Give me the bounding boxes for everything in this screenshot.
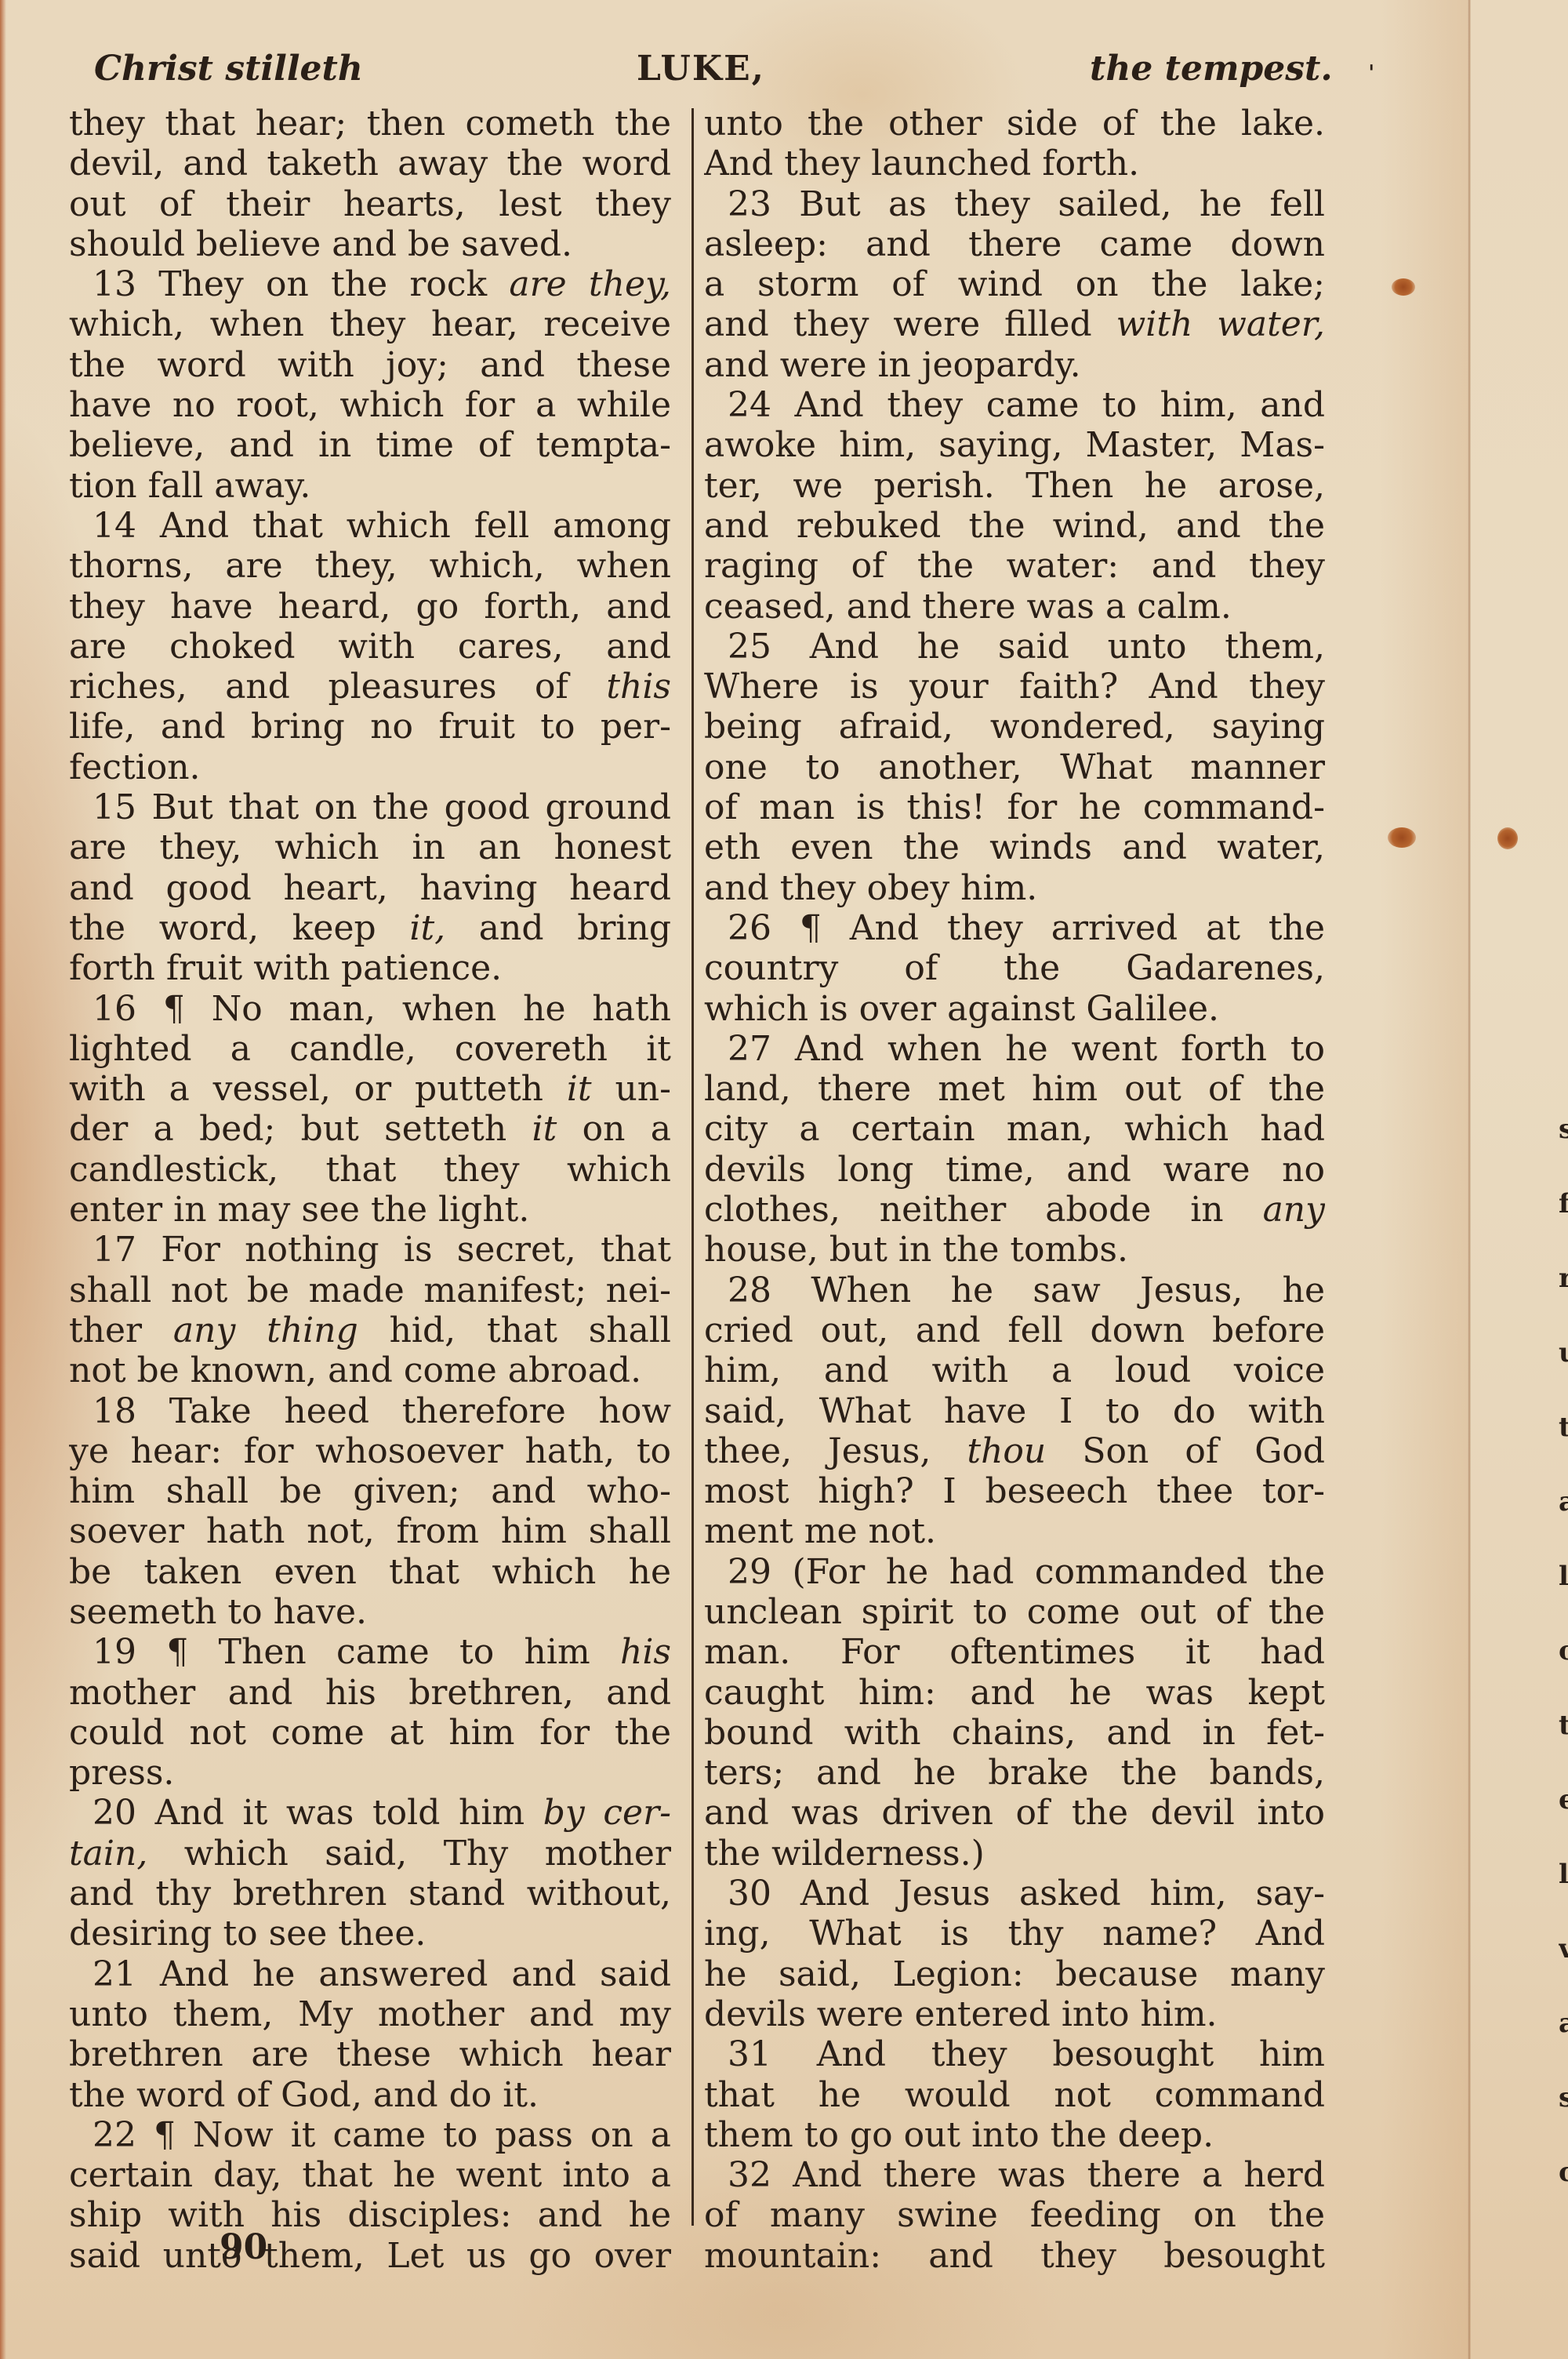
line-text: with a vessel, or putteth: [69, 1069, 567, 1109]
line-text: shall not be made manifest; nei-: [69, 1270, 671, 1310]
text-line: mountain: and they besought: [704, 2236, 1325, 2276]
line-text: said, What have I to do with: [704, 1391, 1325, 1431]
text-line: 16 ¶ No man, when he hath: [69, 989, 671, 1029]
text-line: the word, keep it, and bring: [69, 908, 671, 948]
text-line: with a vessel, or putteth it un-: [69, 1069, 671, 1109]
text-line: ment me not.: [704, 1511, 1325, 1551]
line-text: life, and bring no fruit to per-: [69, 707, 671, 747]
line-text: ing, What is thy name? And: [704, 1914, 1325, 1954]
text-line: ceased, and there was a calm.: [704, 587, 1325, 627]
line-text: man. For oftentimes it had: [704, 1632, 1325, 1672]
text-line: lighted a candle, covereth it: [69, 1029, 671, 1069]
text-line: enter in may see the light.: [69, 1190, 671, 1230]
line-text: land, there met him out of the: [704, 1069, 1325, 1109]
italic-word: any thing: [173, 1310, 358, 1350]
text-line: life, and bring no fruit to per-: [69, 707, 671, 747]
text-line: and they were filled with water,: [704, 304, 1325, 344]
text-line: and were in jeopardy.: [704, 345, 1325, 385]
text-line: der a bed; but setteth it on a: [69, 1109, 671, 1149]
line-text: 24 And they came to him, and: [728, 385, 1325, 425]
line-text-tail: on a: [557, 1109, 671, 1149]
facing-page-letter-fragment: s: [1559, 2082, 1568, 2114]
line-text: 19 ¶ Then came to him: [93, 1632, 620, 1672]
text-line: 26 ¶ And they arrived at the: [704, 908, 1325, 948]
line-text: forth fruit with patience.: [69, 948, 502, 988]
line-text: caught him: and he was kept: [704, 1673, 1325, 1713]
facing-page-letter-fragment: l: [1559, 1859, 1568, 1890]
line-text: 18 Take heed therefore how: [93, 1391, 671, 1431]
line-text: the word, keep: [69, 908, 409, 948]
text-line: 17 For nothing is secret, that: [69, 1230, 671, 1270]
line-text: and were in jeopardy.: [704, 345, 1081, 385]
running-head-right: the tempest.: [1090, 49, 1333, 89]
facing-page-letter-fragment: r: [1559, 1263, 1568, 1294]
text-line: land, there met him out of the: [704, 1069, 1325, 1109]
line-text: 28 When he saw Jesus, he: [728, 1270, 1325, 1310]
text-line: ter, we perish. Then he arose,: [704, 466, 1325, 506]
facing-page-letter-fragment: t: [1559, 1412, 1568, 1443]
facing-page-letter-fragment: l: [1559, 1561, 1568, 1592]
text-line: be taken even that which he: [69, 1552, 671, 1592]
text-line: thorns, are they, which, when: [69, 546, 671, 586]
line-text: they have heard, go forth, and: [69, 587, 671, 627]
facing-page-letter-fragment: t: [1559, 1710, 1568, 1741]
line-text: brethren are these which hear: [69, 2034, 671, 2074]
text-line: him, and with a loud voice: [704, 1350, 1325, 1390]
line-text: and good heart, having heard: [69, 868, 671, 908]
right-text-column: unto the other side of the lake.And they…: [704, 104, 1325, 2276]
text-line: 13 They on the rock are they,: [69, 264, 671, 304]
text-line: unclean spirit to come out of the: [704, 1592, 1325, 1632]
running-head: Christ stilleth LUKE, the tempest. ˌ: [0, 49, 1380, 104]
line-text: 22 ¶ Now it came to pass on a: [93, 2115, 671, 2155]
italic-word: with water,: [1116, 304, 1325, 344]
line-text: soever hath not, from him shall: [69, 1511, 671, 1551]
line-text: unto the other side of the lake.: [704, 104, 1325, 144]
line-text: eth even the winds and water,: [704, 827, 1325, 867]
facing-page-letter-fragment: a: [1559, 2008, 1568, 2039]
text-line: devil, and taketh away the word: [69, 144, 671, 184]
text-line: desiring to see thee.: [69, 1914, 671, 1954]
text-line: he said, Legion: because many: [704, 1954, 1325, 1994]
italic-word: any: [1263, 1190, 1325, 1230]
text-line: tion fall away.: [69, 466, 671, 506]
line-text: which is over against Galilee.: [704, 989, 1219, 1029]
line-text: him shall be given; and who-: [69, 1471, 671, 1511]
text-line: forth fruit with patience.: [69, 948, 671, 988]
text-line: 31 And they besought him: [704, 2034, 1325, 2074]
line-text: 16 ¶ No man, when he hath: [93, 989, 671, 1029]
line-text: the word with joy; and these: [69, 345, 671, 385]
line-text: him, and with a loud voice: [704, 1350, 1325, 1390]
text-line: 27 And when he went forth to: [704, 1029, 1325, 1069]
text-line: cried out, and fell down before: [704, 1310, 1325, 1350]
line-text: said unto them, Let us go over: [69, 2236, 671, 2276]
line-text: house, but in the tombs.: [704, 1230, 1128, 1270]
rust-spot: [1388, 827, 1416, 848]
text-line: certain day, that he went into a: [69, 2155, 671, 2195]
running-head-left: Christ stilleth: [94, 49, 363, 89]
text-line: the word with joy; and these: [69, 345, 671, 385]
line-text: the word of God, and do it.: [69, 2075, 539, 2115]
text-line: have no root, which for a while: [69, 385, 671, 425]
text-line: of man is this! for he command-: [704, 787, 1325, 827]
line-text: which, when they hear, receive: [69, 304, 671, 344]
line-text: 14 And that which fell among: [93, 506, 671, 546]
text-line: 19 ¶ Then came to him his: [69, 1632, 671, 1672]
text-line: thee, Jesus, thou Son of God: [704, 1431, 1325, 1471]
text-line: they have heard, go forth, and: [69, 587, 671, 627]
text-line: of many swine feeding on the: [704, 2195, 1325, 2235]
fold-shadow: [1380, 0, 1468, 2359]
line-text: they that hear; then cometh the: [69, 104, 671, 144]
line-text: desiring to see thee.: [69, 1914, 426, 1954]
margin-mark: ˌ: [1368, 47, 1374, 75]
line-text: are they, which in an honest: [69, 827, 671, 867]
line-text: devils were entered into him.: [704, 1994, 1218, 2034]
line-text: them to go out into the deep.: [704, 2115, 1214, 2155]
text-line: devils long time, and ware no: [704, 1150, 1325, 1190]
line-text: have no root, which for a while: [69, 385, 671, 425]
text-line: city a certain man, which had: [704, 1109, 1325, 1149]
line-text: of many swine feeding on the: [704, 2195, 1325, 2235]
line-text: the wilderness.): [704, 1834, 985, 1874]
line-text: awoke him, saying, Master, Mas-: [704, 425, 1325, 465]
line-text: most high? I beseech thee tor-: [704, 1471, 1325, 1511]
line-text: and thy brethren stand without,: [69, 1874, 671, 1914]
line-text: thee, Jesus,: [704, 1431, 967, 1471]
line-text: 25 And he said unto them,: [728, 627, 1325, 667]
text-line: unto them, My mother and my: [69, 1994, 671, 2034]
facing-page-edge: sfrutalotelvasc: [1559, 0, 1568, 2359]
text-line: said, What have I to do with: [704, 1391, 1325, 1431]
text-line: are they, which in an honest: [69, 827, 671, 867]
left-edge-stain: [0, 0, 6, 2359]
text-line: bound with chains, and in fet-: [704, 1713, 1325, 1753]
line-text: and they were filled: [704, 304, 1116, 344]
rust-spot: [1392, 278, 1415, 296]
italic-word: this: [606, 667, 671, 707]
left-text-column: they that hear; then cometh thedevil, an…: [69, 104, 671, 2276]
line-text: ters; and he brake the bands,: [704, 1753, 1325, 1793]
italic-word: by cer-: [543, 1793, 671, 1833]
italic-word: tain,: [69, 1834, 147, 1874]
text-line: 20 And it was told him by cer-: [69, 1793, 671, 1833]
line-text: a storm of wind on the lake;: [704, 264, 1325, 304]
text-line: him shall be given; and who-: [69, 1471, 671, 1511]
text-line: fection.: [69, 747, 671, 787]
text-line: eth even the winds and water,: [704, 827, 1325, 867]
text-line: and rebuked the wind, and the: [704, 506, 1325, 546]
text-line: 24 And they came to him, and: [704, 385, 1325, 425]
line-text-tail: Son of God: [1046, 1431, 1325, 1471]
line-text: believe, and in time of tempta-: [69, 425, 671, 465]
text-line: and thy brethren stand without,: [69, 1874, 671, 1914]
line-text: unclean spirit to come out of the: [704, 1592, 1325, 1632]
line-text: devil, and taketh away the word: [69, 144, 671, 184]
italic-word: it: [567, 1069, 592, 1109]
line-text: ter, we perish. Then he arose,: [704, 466, 1325, 506]
italic-word: thou: [967, 1431, 1046, 1471]
line-text: ther: [69, 1310, 173, 1350]
line-text: 30 And Jesus asked him, say-: [728, 1874, 1325, 1914]
text-line: 32 And there was there a herd: [704, 2155, 1325, 2195]
line-text: enter in may see the light.: [69, 1190, 529, 1230]
line-text: and rebuked the wind, and the: [704, 506, 1325, 546]
text-line: and was driven of the devil into: [704, 1793, 1325, 1833]
facing-page-letter-fragment: s: [1559, 1114, 1568, 1145]
line-text: 15 But that on the good ground: [93, 787, 671, 827]
text-line: most high? I beseech thee tor-: [704, 1471, 1325, 1511]
line-text: 31 And they besought him: [728, 2034, 1325, 2074]
facing-page-letter-fragment: v: [1559, 1933, 1568, 1965]
text-line: 30 And Jesus asked him, say-: [704, 1874, 1325, 1914]
text-line: a storm of wind on the lake;: [704, 264, 1325, 304]
text-line: not be known, and come abroad.: [69, 1350, 671, 1390]
line-text: certain day, that he went into a: [69, 2155, 671, 2195]
line-text: and was driven of the devil into: [704, 1793, 1325, 1833]
line-text: devils long time, and ware no: [704, 1150, 1325, 1190]
text-line: country of the Gadarenes,: [704, 948, 1325, 988]
line-text: 21 And he answered and said: [93, 1954, 671, 1994]
text-line: Where is your faith? And they: [704, 667, 1325, 707]
line-text: candlestick, that they which: [69, 1150, 671, 1190]
text-line: And they launched forth.: [704, 144, 1325, 184]
text-line: 14 And that which fell among: [69, 506, 671, 546]
text-line: man. For oftentimes it had: [704, 1632, 1325, 1672]
text-line: that he would not command: [704, 2075, 1325, 2115]
line-text: Where is your faith? And they: [704, 667, 1325, 707]
line-text: riches, and pleasures of: [69, 667, 606, 707]
italic-word: it,: [409, 908, 445, 948]
line-text: tion fall away.: [69, 466, 310, 506]
line-text: ye hear: for whosoever hath, to: [69, 1431, 671, 1471]
text-line: unto the other side of the lake.: [704, 104, 1325, 144]
text-line: asleep: and there came down: [704, 224, 1325, 264]
text-line: press.: [69, 1753, 671, 1793]
line-text: could not come at him for the: [69, 1713, 671, 1753]
line-text: and they obey him.: [704, 868, 1037, 908]
line-text: lighted a candle, covereth it: [69, 1029, 671, 1069]
line-text: city a certain man, which had: [704, 1109, 1325, 1149]
text-line: said unto them, Let us go over: [69, 2236, 671, 2276]
text-line: 18 Take heed therefore how: [69, 1391, 671, 1431]
text-line: 22 ¶ Now it came to pass on a: [69, 2115, 671, 2155]
line-text: ment me not.: [704, 1511, 936, 1551]
line-text: should believe and be saved.: [69, 224, 572, 264]
line-text-tail: which said, Thy mother: [147, 1834, 671, 1874]
line-text: of man is this! for he command-: [704, 787, 1325, 827]
line-text: 32 And there was there a herd: [728, 2155, 1325, 2195]
line-text: be taken even that which he: [69, 1552, 671, 1592]
line-text: cried out, and fell down before: [704, 1310, 1325, 1350]
text-line: raging of the water: and they: [704, 546, 1325, 586]
text-line: the word of God, and do it.: [69, 2075, 671, 2115]
text-line: believe, and in time of tempta-: [69, 425, 671, 465]
facing-page-letter-fragment: u: [1559, 1337, 1568, 1369]
line-text: mountain: and they besought: [704, 2236, 1325, 2276]
rust-spot: [1497, 827, 1518, 849]
line-text: mother and his brethren, and: [69, 1673, 671, 1713]
italic-word: it: [532, 1109, 557, 1149]
text-line: seemeth to have.: [69, 1592, 671, 1632]
text-line: 15 But that on the good ground: [69, 787, 671, 827]
text-line: tain, which said, Thy mother: [69, 1834, 671, 1874]
line-text: not be known, and come abroad.: [69, 1350, 641, 1390]
text-line: and good heart, having heard: [69, 868, 671, 908]
page-number: 90: [220, 2227, 267, 2267]
line-text: 13 They on the rock: [93, 264, 509, 304]
line-text-tail: hid, that shall: [358, 1310, 671, 1350]
text-line: are choked with cares, and: [69, 627, 671, 667]
text-line: and they obey him.: [704, 868, 1325, 908]
text-line: devils were entered into him.: [704, 1994, 1325, 2034]
line-text: fection.: [69, 747, 201, 787]
facing-page-letter-fragment: c: [1559, 2157, 1568, 2188]
text-line: house, but in the tombs.: [704, 1230, 1325, 1270]
text-line: ther any thing hid, that shall: [69, 1310, 671, 1350]
line-text: raging of the water: and they: [704, 546, 1325, 586]
line-text: he said, Legion: because many: [704, 1954, 1325, 1994]
running-head-book-title: LUKE,: [637, 49, 765, 89]
column-divider: [691, 108, 694, 2226]
text-line: ye hear: for whosoever hath, to: [69, 1431, 671, 1471]
text-line: 28 When he saw Jesus, he: [704, 1270, 1325, 1310]
text-line: 29 (For he had commanded the: [704, 1552, 1325, 1592]
text-line: they that hear; then cometh the: [69, 104, 671, 144]
facing-page-letter-fragment: o: [1559, 1635, 1568, 1667]
line-text: unto them, My mother and my: [69, 1994, 671, 2034]
italic-word: are they,: [509, 264, 671, 304]
line-text: press.: [69, 1753, 174, 1793]
line-text: der a bed; but setteth: [69, 1109, 532, 1149]
text-line: 21 And he answered and said: [69, 1954, 671, 1994]
line-text: being afraid, wondered, saying: [704, 707, 1325, 747]
text-line: caught him: and he was kept: [704, 1673, 1325, 1713]
line-text: bound with chains, and in fet-: [704, 1713, 1325, 1753]
line-text: ceased, and there was a calm.: [704, 587, 1232, 627]
text-line: candlestick, that they which: [69, 1150, 671, 1190]
text-line: 25 And he said unto them,: [704, 627, 1325, 667]
line-text: 29 (For he had commanded the: [728, 1552, 1325, 1592]
text-line: could not come at him for the: [69, 1713, 671, 1753]
line-text: country of the Gadarenes,: [704, 948, 1325, 988]
facing-page-letter-fragment: f: [1559, 1188, 1568, 1219]
text-line: ters; and he brake the bands,: [704, 1753, 1325, 1793]
page-fold-line: [1468, 0, 1471, 2359]
line-text: 26 ¶ And they arrived at the: [728, 908, 1325, 948]
text-line: 23 But as they sailed, he fell: [704, 184, 1325, 224]
text-line: being afraid, wondered, saying: [704, 707, 1325, 747]
line-text: one to another, What manner: [704, 747, 1325, 787]
line-text: 23 But as they sailed, he fell: [728, 184, 1325, 224]
italic-word: his: [620, 1632, 671, 1672]
line-text: And they launched forth.: [704, 144, 1139, 184]
line-text-tail: and bring: [445, 908, 671, 948]
text-line: out of their hearts, lest they: [69, 184, 671, 224]
line-text: thorns, are they, which, when: [69, 546, 671, 586]
text-line: ing, What is thy name? And: [704, 1914, 1325, 1954]
line-text: that he would not command: [704, 2075, 1325, 2115]
text-line: the wilderness.): [704, 1834, 1325, 1874]
text-line: clothes, neither abode in any: [704, 1190, 1325, 1230]
line-text: seemeth to have.: [69, 1592, 367, 1632]
text-line: one to another, What manner: [704, 747, 1325, 787]
text-line: awoke him, saying, Master, Mas-: [704, 425, 1325, 465]
line-text: 20 And it was told him: [93, 1793, 543, 1833]
text-line: should believe and be saved.: [69, 224, 671, 264]
text-line: riches, and pleasures of this: [69, 667, 671, 707]
line-text: clothes, neither abode in: [704, 1190, 1263, 1230]
text-line: ship with his disciples: and he: [69, 2195, 671, 2235]
line-text: asleep: and there came down: [704, 224, 1325, 264]
text-line: shall not be made manifest; nei-: [69, 1270, 671, 1310]
text-line: mother and his brethren, and: [69, 1673, 671, 1713]
line-text: 17 For nothing is secret, that: [93, 1230, 671, 1270]
line-text: out of their hearts, lest they: [69, 184, 671, 224]
text-line: them to go out into the deep.: [704, 2115, 1325, 2155]
line-text-tail: un-: [592, 1069, 671, 1109]
line-text: are choked with cares, and: [69, 627, 671, 667]
line-text: 27 And when he went forth to: [728, 1029, 1325, 1069]
line-text: ship with his disciples: and he: [69, 2195, 671, 2235]
facing-page-letter-fragment: e: [1559, 1784, 1568, 1816]
text-line: which, when they hear, receive: [69, 304, 671, 344]
text-line: which is over against Galilee.: [704, 989, 1325, 1029]
text-line: brethren are these which hear: [69, 2034, 671, 2074]
text-line: soever hath not, from him shall: [69, 1511, 671, 1551]
facing-page-letter-fragment: a: [1559, 1486, 1568, 1518]
